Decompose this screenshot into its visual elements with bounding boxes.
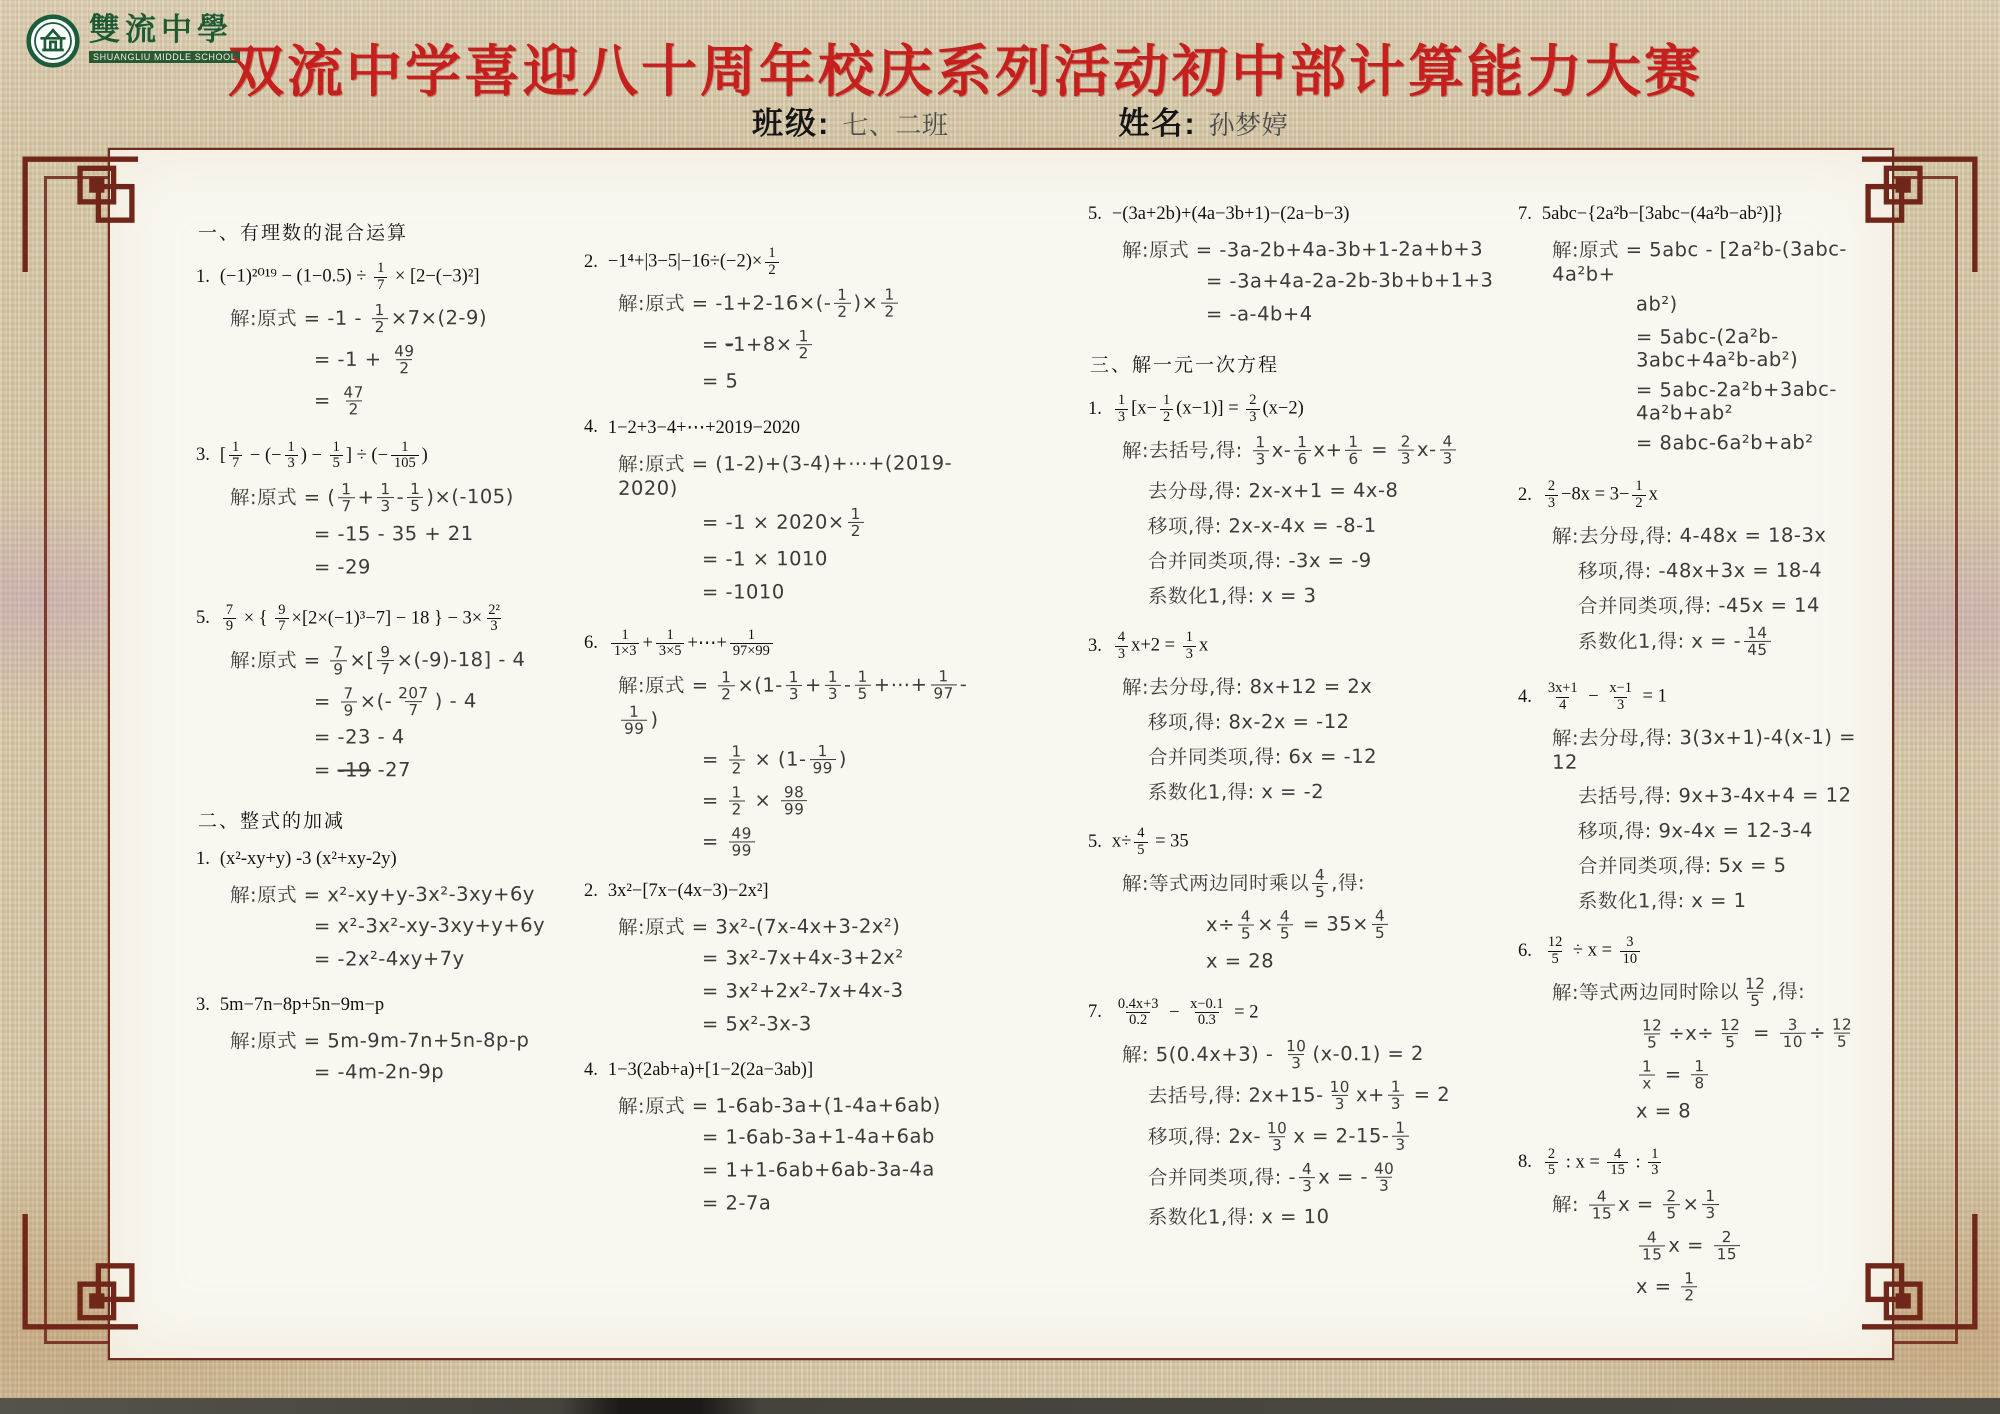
problem-number: 4. — [1518, 687, 1532, 708]
solution-line: 解:原式 = 79×[97×(-9)-18] - 4 — [230, 643, 580, 678]
problem-statement: 5.79 × { 97×[2×(−1)³−7] − 18 } − 3×2²3 — [196, 603, 580, 635]
problem: 4.3x+14 − x−13 = 1解:去分母,得: 3(3x+1)-4(x-1… — [1518, 681, 1884, 913]
problem-number: 5. — [1088, 204, 1102, 225]
solution-line: = -23 - 4 — [314, 725, 580, 752]
problem-number: 5. — [196, 608, 210, 629]
problem-number: 7. — [1088, 1002, 1102, 1023]
solution-line: 1x = 18 — [1636, 1057, 1884, 1092]
problem-statement: 4.3x+14 − x−13 = 1 — [1518, 681, 1884, 713]
solution-line: 解:原式 = (17+13-15)×(-105) — [230, 480, 580, 515]
problem-expression: (x²-xy+y) -3 (x²+xy-2y) — [220, 849, 397, 870]
section-heading: 一、有理数的混合运算 — [198, 218, 580, 245]
problem: 2.23−8x = 3−12x解:去分母,得: 4-48x = 18-3x移项,… — [1518, 479, 1884, 659]
solution-line: = 12 × (1-199) — [702, 743, 992, 778]
solution-line: 解:等式两边同时乘以45,得: — [1122, 866, 1512, 902]
problem-statement: 7.5abc−{2a²b−[3abc−(4a²b−ab²)]} — [1518, 204, 1884, 225]
solution-line: = -1 × 2020×12 — [702, 505, 992, 540]
solution-line: x = 28 — [1206, 948, 1512, 975]
problem-expression: 125 ÷ x = 310 — [1542, 935, 1643, 967]
solution-line: 解: 415x = 25×13 — [1552, 1187, 1884, 1222]
problem-expression: (−1)²⁰¹⁹ − (1−0.5) ÷ 17 × [2−(−3)²] — [220, 261, 480, 293]
solution-line: 解:去括号,得: 13x-16x+16 = 23x-43 — [1122, 433, 1512, 469]
solution-line: 解: 5(0.4x+3) - 103(x-0.1) = 2 — [1122, 1037, 1512, 1073]
problem: 5.x÷45 = 35解:等式两边同时乘以45,得:x÷45×45 = 35×4… — [1088, 826, 1512, 975]
worksheet-column-4: 7.5abc−{2a²b−[3abc−(4a²b−ab²)]}解:原式 = 5a… — [1518, 150, 1884, 1325]
scan-edge-bottom — [0, 1398, 2000, 1414]
solution-line: = -1+8×12 — [702, 327, 992, 362]
worksheet-column-1: 一、有理数的混合运算1.(−1)²⁰¹⁹ − (1−0.5) ÷ 17 × [2… — [196, 150, 580, 1108]
problem-expression: 25 : x = 415 : 13 — [1542, 1147, 1665, 1179]
problem-number: 4. — [584, 1060, 598, 1081]
solution-line: = -a-4b+4 — [1206, 301, 1512, 328]
section-heading: 三、解一元一次方程 — [1090, 350, 1512, 377]
problem-number: 3. — [196, 995, 210, 1016]
solution-line: 系数化1,得: x = 3 — [1148, 579, 1512, 609]
solution-line: 合并同类项,得: -3x = -9 — [1148, 544, 1512, 574]
problem-number: 2. — [584, 881, 598, 902]
problem-statement: 2.3x²−[7x−(4x−3)−2x²] — [584, 881, 992, 902]
problem-number: 6. — [584, 633, 598, 654]
corner-ornament-top-right — [1862, 150, 1984, 272]
problem-expression: −1⁴+|3−5|−16÷(−2)×12 — [608, 246, 782, 278]
solution-line: 解:原式 = 5m-9m-7n+5n-8p-p — [230, 1025, 580, 1055]
solution-line: 移项,得: 9x-4x = 12-3-4 — [1578, 814, 1884, 843]
problem: 3.[17 − (−13) − 15] ÷ (−1105)解:原式 = (17+… — [196, 440, 580, 581]
solution-line: 系数化1,得: x = 1 — [1578, 884, 1884, 913]
problem-expression: 3x²−[7x−(4x−3)−2x²] — [608, 881, 769, 902]
problem-number: 8. — [1518, 1152, 1532, 1173]
solution-line: 解:去分母,得: 8x+12 = 2x — [1122, 670, 1512, 700]
problem: 1.(−1)²⁰¹⁹ − (1−0.5) ÷ 17 × [2−(−3)²]解:原… — [196, 261, 580, 418]
solution-line: = 79×(-2077) - 4 — [314, 684, 580, 719]
problem-expression: [17 − (−13) − 15] ÷ (−1105) — [220, 440, 428, 472]
problem-number: 1. — [196, 849, 210, 870]
solution-line: ab²) — [1636, 291, 1884, 318]
problem-statement: 5.x÷45 = 35 — [1088, 826, 1512, 858]
problem: 3.43x+2 = 13x解:去分母,得: 8x+12 = 2x移项,得: 8x… — [1088, 630, 1512, 804]
worksheet-column-3: 5.−(3a+2b)+(4a−3b+1)−(2a−b−3)解:原式 = -3a-… — [1088, 150, 1512, 1251]
problem: 6.125 ÷ x = 310解:等式两边同时除以125,得:125÷x÷125… — [1518, 935, 1884, 1125]
solution-line: 解:原式 = -1+2-16×(-12)×12 — [618, 286, 992, 321]
problem: 6.11×3+13×5+⋯+197×99解:原式 = 12×(1-13+13-1… — [584, 628, 992, 859]
problem-statement: 7.0.4x+30.2 − x−0.10.3 = 2 — [1088, 997, 1512, 1029]
solution-line: 去括号,得: 2x+15-103x+13 = 2 — [1148, 1078, 1512, 1113]
class-label: 班级: — [752, 98, 830, 143]
student-info-row: 班级: 七、二班 姓名: 孙梦婷 — [752, 98, 1288, 143]
solution-line: 解:原式 = -1 - 12×7×(2-9) — [230, 301, 580, 336]
problem-number: 3. — [196, 445, 210, 466]
solution-line: = 1+1-6ab+6ab-3a-4a — [702, 1157, 992, 1184]
solution-line: 移项,得: -48x+3x = 18-4 — [1578, 554, 1884, 583]
problem-number: 2. — [1518, 485, 1532, 506]
solution-line: x÷45×45 = 35×45 — [1206, 907, 1512, 942]
solution-line: = -1010 — [702, 579, 992, 606]
school-name-zh: 雙流中學 — [89, 14, 240, 47]
solution-line: = 5abc-2a²b+3abc-4a²b+ab² — [1636, 377, 1884, 424]
solution-line: = 1-6ab-3a+1-4a+6ab — [702, 1124, 992, 1151]
problem-statement: 8.25 : x = 415 : 13 — [1518, 1147, 1884, 1179]
problem: 7.0.4x+30.2 − x−0.10.3 = 2解: 5(0.4x+3) -… — [1088, 997, 1512, 1229]
solution-line: 系数化1,得: x = -1445 — [1578, 624, 1884, 659]
solution-line: = -19 -27 — [314, 758, 580, 785]
solution-line: 解:原式 = (1-2)+(3-4)+⋯+(2019-2020) — [618, 447, 992, 500]
problem-statement: 2.−1⁴+|3−5|−16÷(−2)×12 — [584, 246, 992, 278]
problem: 8.25 : x = 415 : 13解: 415x = 25×13415x =… — [1518, 1147, 1884, 1304]
solution-line: = 8abc-6a²b+ab² — [1636, 430, 1884, 457]
problem-number: 4. — [584, 417, 598, 438]
problem-expression: 79 × { 97×[2×(−1)³−7] − 18 } − 3×2²3 — [220, 603, 506, 635]
solution-line: 解:原式 = 3x²-(7x-4x+3-2x²) — [618, 910, 992, 940]
solution-line: 解:去分母,得: 4-48x = 18-3x — [1552, 519, 1884, 548]
solution-line: 移项,得: 2x-x-4x = -8-1 — [1148, 509, 1512, 539]
solution-line: = 5abc-(2a²b-3abc+4a²b-ab²) — [1636, 324, 1884, 371]
problem: 1.(x²-xy+y) -3 (x²+xy-2y)解:原式 = x²-xy+y-… — [196, 849, 580, 973]
solution-line: 移项,得: 2x-103x = 2-15-13 — [1148, 1119, 1512, 1154]
problem: 2.−1⁴+|3−5|−16÷(−2)×12解:原式 = -1+2-16×(-1… — [584, 246, 992, 395]
solution-line: 415x = 215 — [1636, 1228, 1884, 1263]
problem-number: 6. — [1518, 941, 1532, 962]
solution-line: = 3x²-7x+4x-3+2x² — [702, 945, 992, 972]
solution-line: = -1 × 1010 — [702, 546, 992, 573]
solution-line: 移项,得: 8x-2x = -12 — [1148, 705, 1512, 735]
solution-line: 解:等式两边同时除以125,得: — [1552, 976, 1884, 1011]
problem: 5.79 × { 97×[2×(−1)³−7] − 18 } − 3×2²3解:… — [196, 603, 580, 785]
problem-expression: 23−8x = 3−12x — [1542, 479, 1658, 511]
name-value-handwritten: 孙梦婷 — [1209, 105, 1289, 142]
solution-line: 系数化1,得: x = 10 — [1148, 1201, 1512, 1231]
problem-statement: 3.5m−7n−8p+5n−9m−p — [196, 995, 580, 1016]
problem-number: 3. — [1088, 636, 1102, 657]
solution-line: 去括号,得: 9x+3-4x+4 = 12 — [1578, 779, 1884, 808]
problem-statement: 3.43x+2 = 13x — [1088, 630, 1512, 662]
solution-line: 合并同类项,得: 6x = -12 — [1148, 740, 1512, 770]
problem-expression: x÷45 = 35 — [1112, 826, 1189, 858]
name-label: 姓名: — [1118, 98, 1196, 143]
solution-line: x = 8 — [1636, 1098, 1884, 1125]
solution-line: = 12 × 9899 — [702, 784, 992, 819]
problem-statement: 5.−(3a+2b)+(4a−3b+1)−(2a−b−3) — [1088, 204, 1512, 225]
solution-line: 去分母,得: 2x-x+1 = 4x-8 — [1148, 474, 1512, 504]
solution-line: x = 12 — [1636, 1269, 1884, 1304]
solution-line: = -15 - 35 + 21 — [314, 521, 580, 548]
problem-expression: 0.4x+30.2 − x−0.10.3 = 2 — [1112, 997, 1259, 1029]
problem-number: 1. — [1088, 399, 1102, 420]
solution-line: 合并同类项,得: 5x = 5 — [1578, 849, 1884, 878]
solution-line: = 5x²-3x-3 — [702, 1011, 992, 1038]
problem-expression: 3x+14 − x−13 = 1 — [1542, 681, 1667, 713]
problem-statement: 2.23−8x = 3−12x — [1518, 479, 1884, 511]
problem-statement: 4.1−3(2ab+a)+[1−2(2a−3ab)] — [584, 1060, 992, 1081]
corner-ornament-bottom-left — [16, 1214, 138, 1336]
solution-line: = -3a+4a-2a-2b-3b+b+1+3 — [1206, 268, 1512, 295]
problem-statement: 1.13[x−12(x−1)] = 23(x−2) — [1088, 393, 1512, 425]
school-name-en: SHUANGLIU MIDDLE SCHOOL — [89, 51, 240, 63]
problem-expression: 11×3+13×5+⋯+197×99 — [608, 628, 776, 660]
problem-expression: −(3a+2b)+(4a−3b+1)−(2a−b−3) — [1112, 204, 1350, 225]
school-logo-text: 雙流中學 SHUANGLIU MIDDLE SCHOOL — [89, 14, 240, 65]
problem-expression: 43x+2 = 13x — [1112, 630, 1208, 662]
solution-line: = 5 — [702, 368, 992, 395]
problem-expression: 13[x−12(x−1)] = 23(x−2) — [1112, 393, 1304, 425]
section-heading: 二、整式的加减 — [198, 806, 580, 833]
solution-line: = -1 + 492 — [314, 342, 580, 377]
problem-statement: 6.125 ÷ x = 310 — [1518, 935, 1884, 967]
problem: 7.5abc−{2a²b−[3abc−(4a²b−ab²)]}解:原式 = 5a… — [1518, 204, 1884, 457]
solution-line: = 4999 — [702, 824, 992, 859]
problem: 4.1−2+3−4+⋯+2019−2020解:原式 = (1-2)+(3-4)+… — [584, 417, 992, 606]
solution-line: = -29 — [314, 554, 580, 581]
problem: 4.1−3(2ab+a)+[1−2(2a−3ab)]解:原式 = 1-6ab-3… — [584, 1060, 992, 1217]
worksheet-column-2: 2.−1⁴+|3−5|−16÷(−2)×12解:原式 = -1+2-16×(-1… — [584, 150, 992, 1239]
problem: 2.3x²−[7x−(4x−3)−2x²]解:原式 = 3x²-(7x-4x+3… — [584, 881, 992, 1038]
problem-number: 2. — [584, 252, 598, 273]
solution-line: 125÷x÷125 = 310÷125 — [1636, 1017, 1884, 1052]
problem: 3.5m−7n−8p+5n−9m−p解:原式 = 5m-9m-7n+5n-8p-… — [196, 995, 580, 1086]
class-value-handwritten: 七、二班 — [842, 105, 948, 142]
solution-line: = -4m-2n-9p — [314, 1060, 580, 1087]
page-title: 双流中学喜迎八十周年校庆系列活动初中部计算能力大赛 — [228, 28, 1703, 108]
solution-line: = 3x²+2x²-7x+4x-3 — [702, 978, 992, 1005]
problem-number: 7. — [1518, 204, 1532, 225]
solution-line: 解:去分母,得: 3(3x+1)-4(x-1) = 12 — [1552, 721, 1884, 773]
problem-statement: 1.(x²-xy+y) -3 (x²+xy-2y) — [196, 849, 580, 870]
solution-line: 解:原式 = -3a-2b+4a-3b+1-2a+b+3 — [1122, 233, 1512, 263]
problem-number: 5. — [1088, 832, 1102, 853]
solution-line: 解:原式 = 12×(1-13+13-15+⋯+197-199) — [618, 668, 992, 737]
solution-line: = -2x²-4xy+7y — [314, 947, 580, 974]
problem-statement: 1.(−1)²⁰¹⁹ − (1−0.5) ÷ 17 × [2−(−3)²] — [196, 261, 580, 293]
problem: 1.13[x−12(x−1)] = 23(x−2)解:去括号,得: 13x-16… — [1088, 393, 1512, 608]
solution-line: = 2-7a — [702, 1190, 992, 1217]
solution-line: 系数化1,得: x = -2 — [1148, 775, 1512, 805]
problem: 5.−(3a+2b)+(4a−3b+1)−(2a−b−3)解:原式 = -3a-… — [1088, 204, 1512, 328]
problem-expression: 1−3(2ab+a)+[1−2(2a−3ab)] — [608, 1060, 813, 1081]
problem-statement: 3.[17 − (−13) − 15] ÷ (−1105) — [196, 440, 580, 472]
problem-expression: 5abc−{2a²b−[3abc−(4a²b−ab²)]} — [1542, 204, 1784, 225]
solution-line: 合并同类项,得: -45x = 14 — [1578, 589, 1884, 618]
problem-number: 1. — [196, 267, 210, 288]
solution-line: = 472 — [314, 383, 580, 418]
solution-line: 解:原式 = x²-xy+y-3x²-3xy+6y — [230, 879, 580, 909]
problem-expression: 1−2+3−4+⋯+2019−2020 — [608, 417, 800, 439]
problem-statement: 6.11×3+13×5+⋯+197×99 — [584, 628, 992, 660]
corner-ornament-top-left — [16, 150, 138, 272]
worksheet-page: 一、有理数的混合运算1.(−1)²⁰¹⁹ − (1−0.5) ÷ 17 × [2… — [108, 148, 1894, 1360]
solution-line: = x²-3x²-xy-3xy+y+6y — [314, 914, 580, 941]
solution-line: 解:原式 = 5abc - [2a²b-(3abc-4a²b+ — [1552, 233, 1884, 285]
problem-statement: 4.1−2+3−4+⋯+2019−2020 — [584, 417, 992, 439]
school-emblem-icon — [26, 14, 80, 68]
solution-line: 解:原式 = 1-6ab-3a+(1-4a+6ab) — [618, 1089, 992, 1119]
problem-expression: 5m−7n−8p+5n−9m−p — [220, 995, 384, 1016]
corner-ornament-bottom-right — [1862, 1214, 1984, 1336]
school-logo: 雙流中學 SHUANGLIU MIDDLE SCHOOL — [26, 14, 240, 68]
solution-line: 合并同类项,得: -43x = -403 — [1148, 1160, 1512, 1195]
